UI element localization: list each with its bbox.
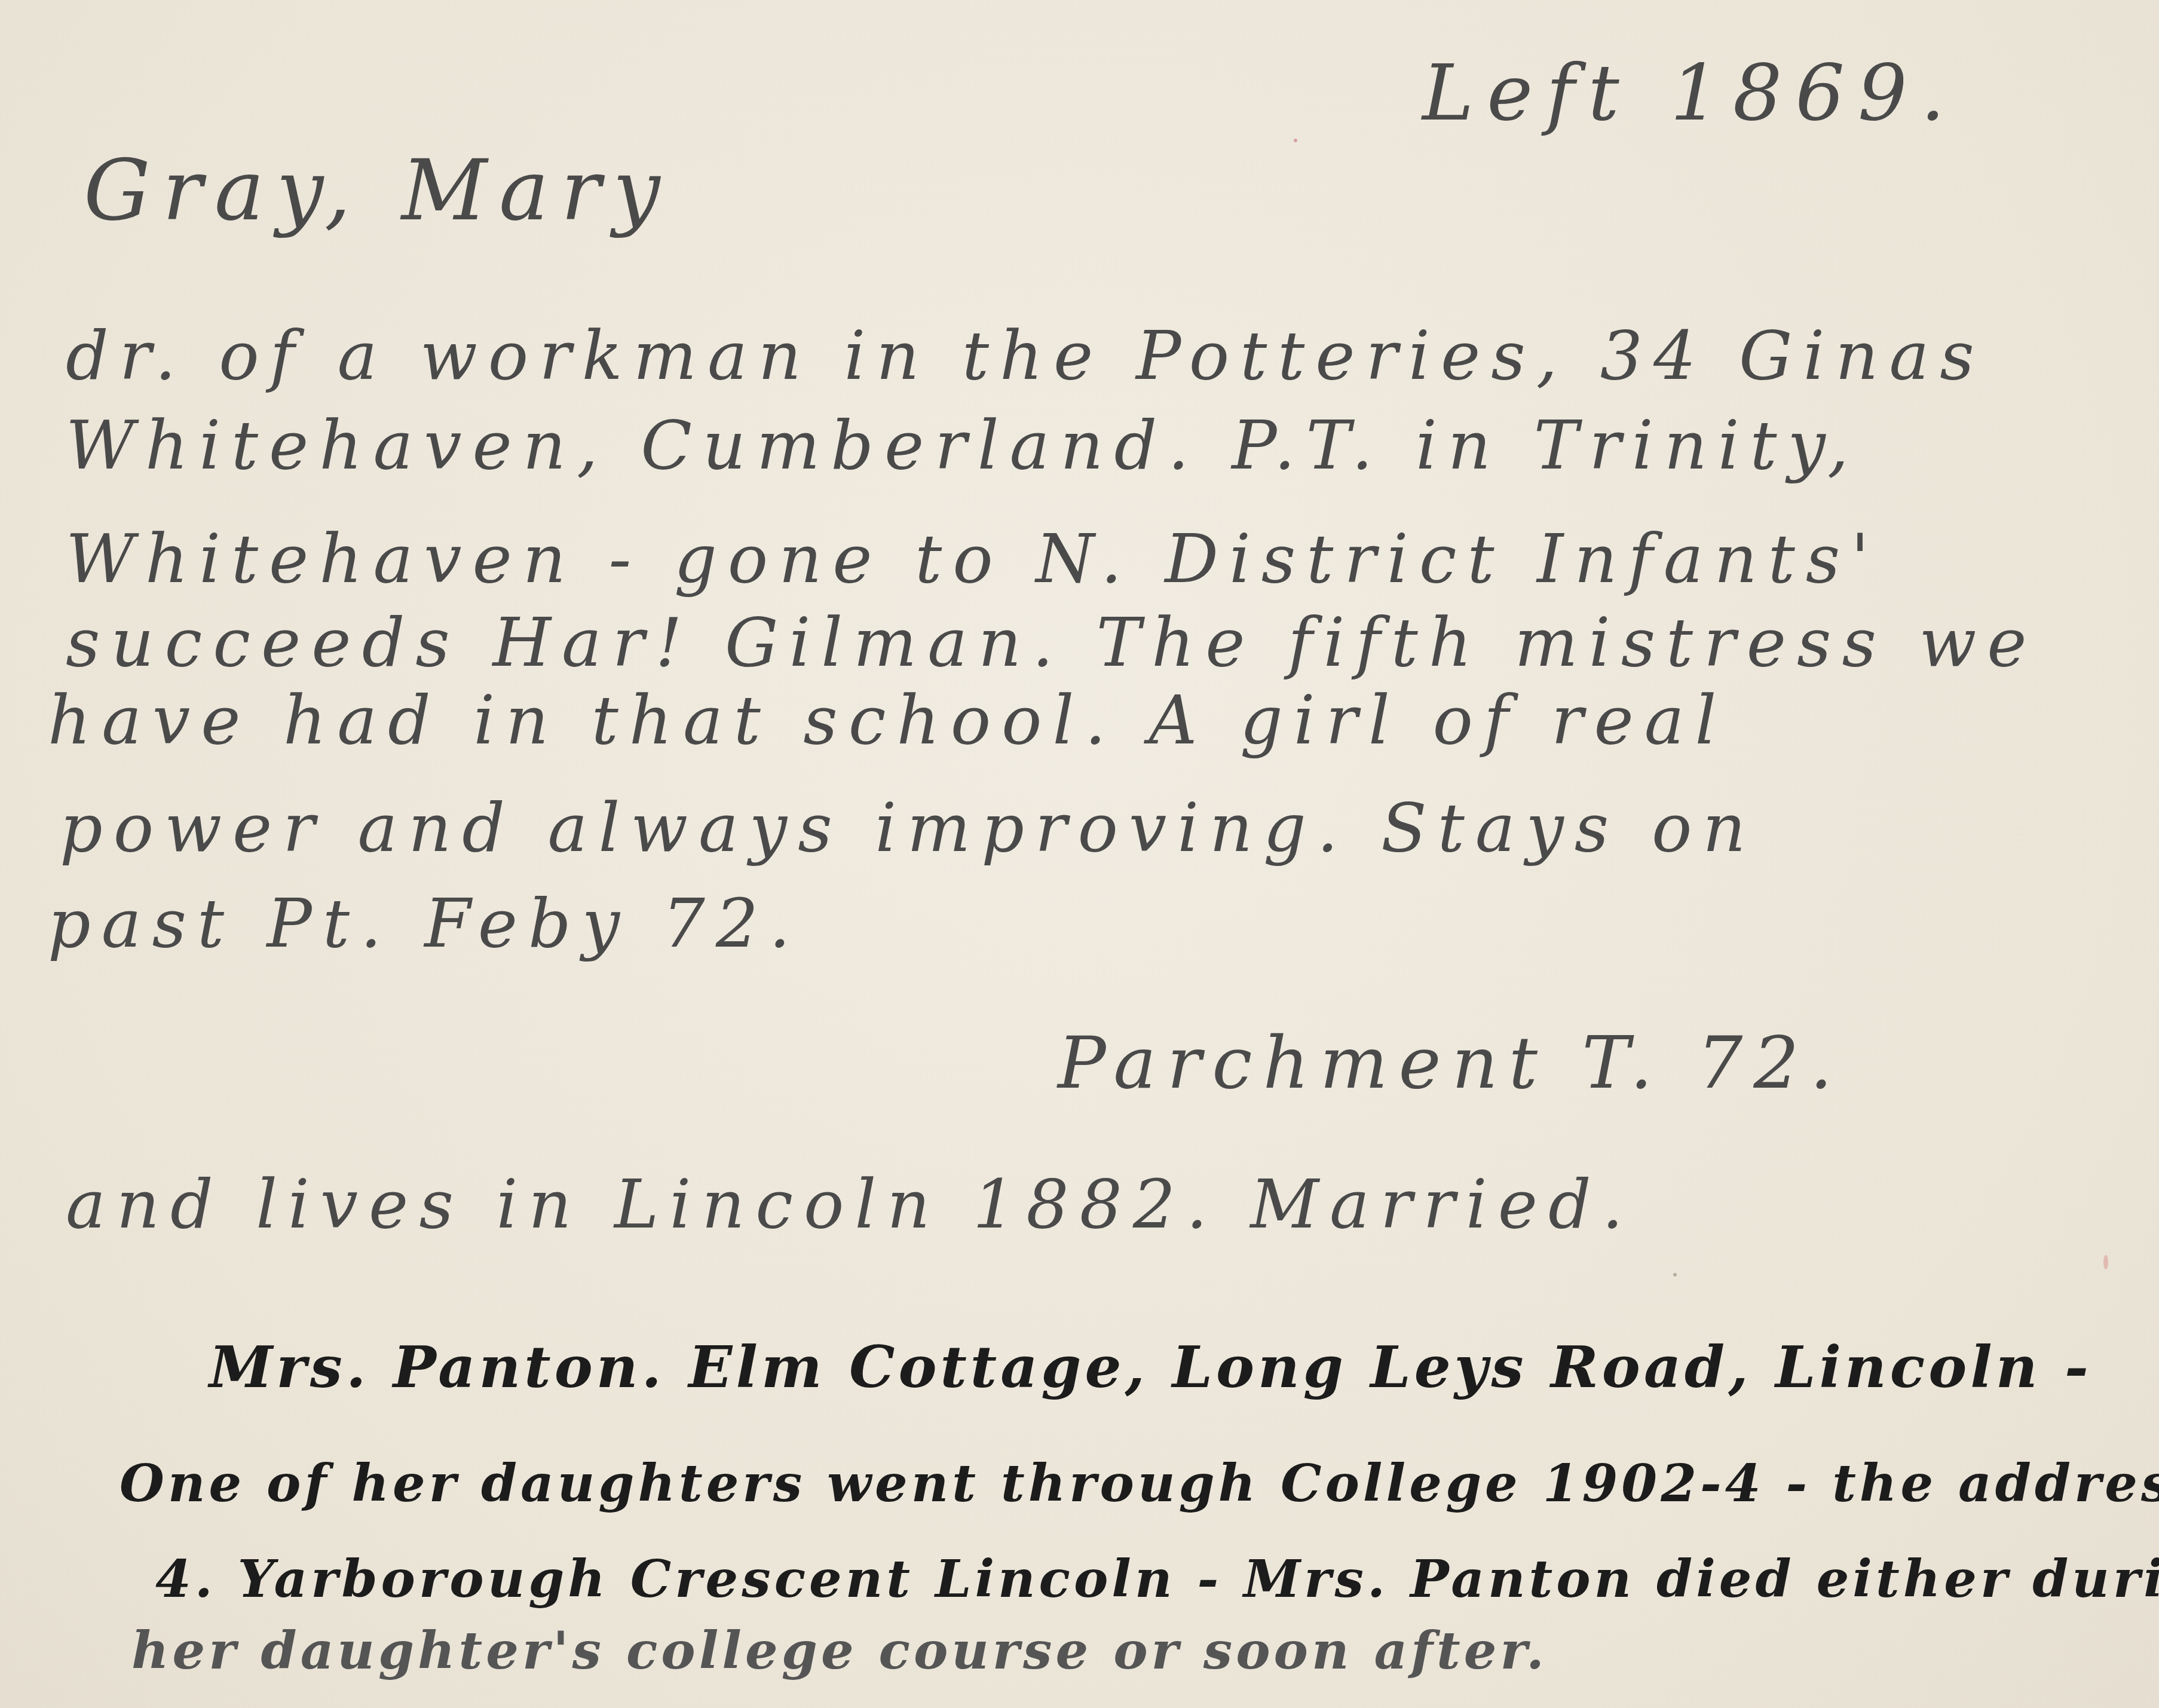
body-line-3: Whitehaven - gone to N. District Infants… bbox=[66, 526, 1880, 593]
body-line-5: have had in that school. A girl of real bbox=[48, 687, 1727, 754]
manuscript-page: Left 1869. Gray, Mary dr. of a workman i… bbox=[0, 0, 2159, 1708]
left-year-note: Left 1869. bbox=[1422, 54, 1958, 131]
ink-address-line: Mrs. Panton. Elm Cottage, Long Leys Road… bbox=[209, 1339, 2092, 1396]
body-line-2: Whitehaven, Cumberland. P.T. in Trinity, bbox=[66, 412, 1860, 479]
paper-mark bbox=[1294, 139, 1297, 142]
body-line-7: past Pt. Feby 72. bbox=[48, 890, 801, 957]
body-line-6: power and always improving. Stays on bbox=[60, 795, 1756, 862]
parchment-note: Parchment T. 72. bbox=[1058, 1028, 1843, 1100]
body-line-1: dr. of a workman in the Potteries, 34 Gi… bbox=[66, 323, 1985, 390]
paper-mark bbox=[2103, 1255, 2108, 1269]
body-line-4: succeeds Har! Gilman. The fifth mistress… bbox=[66, 610, 2038, 677]
ink-note-line-4: her daughter's college course or soon af… bbox=[131, 1626, 1548, 1677]
later-residence-line: and lives in Lincoln 1882. Married. bbox=[66, 1171, 1634, 1238]
paper-mark bbox=[1673, 1273, 1677, 1277]
ink-note-line-2: One of her daughters went through Colleg… bbox=[120, 1458, 2159, 1510]
student-name: Gray, Mary bbox=[84, 149, 672, 233]
ink-note-line-3: 4. Yarborough Crescent Lincoln - Mrs. Pa… bbox=[155, 1554, 2159, 1605]
